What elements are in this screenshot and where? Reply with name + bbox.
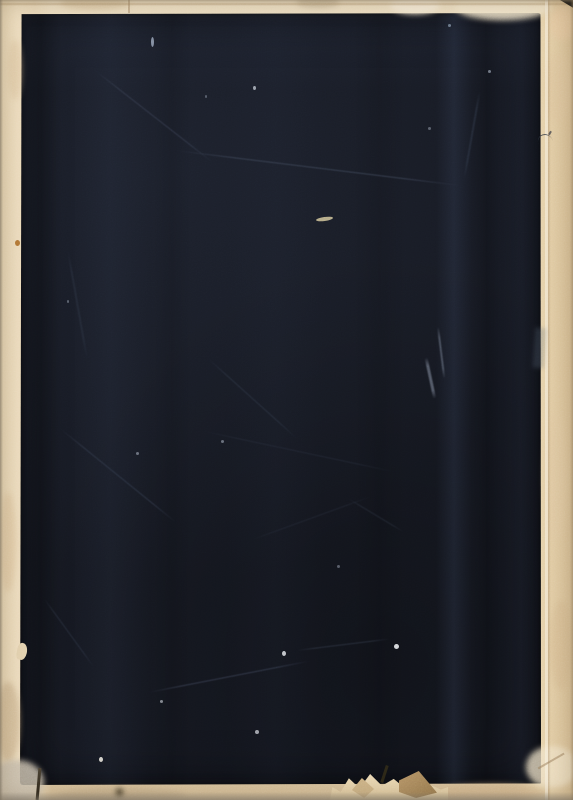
tonal-band [436, 13, 472, 785]
photo-edge-bottom [0, 792, 573, 800]
cover-cloth-panel [20, 13, 541, 785]
right-border-crease [545, 0, 548, 800]
rust-spot [15, 240, 20, 246]
tonal-band [152, 13, 192, 785]
tonal-band [352, 13, 407, 785]
top-edge-crease [0, 3, 573, 5]
book-back-cover-photo [0, 0, 573, 800]
tonal-band [228, 13, 323, 785]
tonal-band [20, 13, 62, 785]
tonal-band [502, 13, 541, 785]
photo-edge-top [0, 0, 573, 3]
tonal-band [70, 13, 150, 785]
panel-tonal-bands [20, 13, 541, 785]
photo-edge-left [0, 0, 3, 800]
tonal-band [472, 13, 500, 785]
